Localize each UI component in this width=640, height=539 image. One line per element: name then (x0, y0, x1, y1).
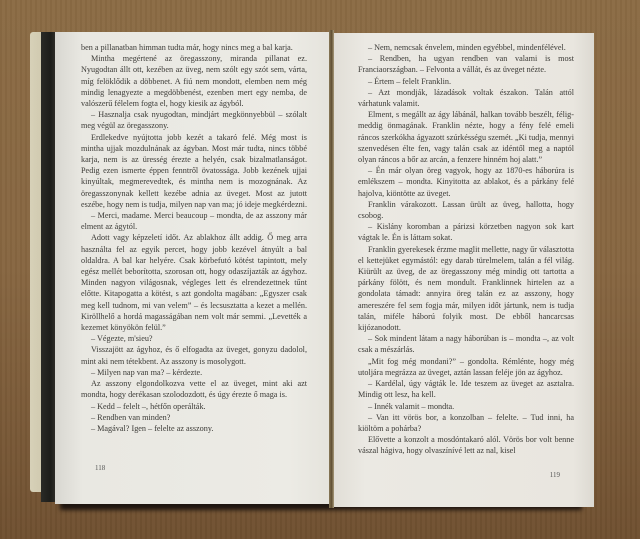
paragraph: – Értem – felelt Franklin. (358, 76, 574, 87)
paragraph: ben a pillanatban himman tudta már, hogy… (81, 42, 307, 53)
paragraph: – Hasznalja csak nyugodtan, mindjárt meg… (81, 109, 307, 131)
paragraph: Visszajött az ágyhoz, és ő elfogadta az … (81, 344, 307, 366)
paragraph: Franklin várakozott. Lassan ürült az üve… (358, 199, 574, 221)
paragraph: – Van itt vörös bor, a konzolban – felel… (358, 412, 574, 434)
left-page-number: 118 (95, 463, 105, 474)
paragraph: – Magával? Igen – felelte az asszony. (81, 423, 307, 434)
left-page-text: ben a pillanatban himman tudta már, hogy… (81, 42, 307, 434)
paragraph: Elővette a konzolt a mosdóntakaró alól. … (358, 434, 574, 456)
paragraph: – Kedd – felelt –, hétfőn operálták. (81, 401, 307, 412)
paragraph: Erdlekedve nyújtotta jobb kezét a takaró… (81, 132, 307, 210)
paragraph: – Én már olyan öreg vagyok, hogy az 1870… (358, 165, 574, 199)
paragraph: – Sok mindent látam a nagy háborúban is … (358, 333, 574, 355)
paragraph: – Merci, madame. Merci beaucoup – mondta… (81, 210, 307, 232)
paragraph: Elment, s megállt az ágy lábánál, halkan… (358, 109, 574, 165)
paragraph: Franklin gyerekesek érzme maglit mellett… (358, 244, 574, 334)
paragraph: – Innék valamit – mondta. (358, 401, 574, 412)
left-page: ben a pillanatban himman tudta már, hogy… (55, 32, 331, 504)
paragraph: Adott vagy képzeletí időt. Az ablakhoz á… (81, 232, 307, 333)
paragraph: „Mit fog még mondani?” – gondolta. Rémlé… (358, 356, 574, 378)
paragraph: – Rendben, ha ugyan rendben van valami i… (358, 53, 574, 75)
right-page-number: 119 (550, 470, 560, 481)
paragraph: – Azt mondják, lázadások voltak északon.… (358, 87, 574, 109)
paragraph: – Rendben van minden? (81, 412, 307, 423)
paragraph: Az asszony elgondolkozva vette el az üve… (81, 378, 307, 400)
paragraph: – Kardélal, úgy vágták le. Ide teszem az… (358, 378, 574, 400)
paragraph: – Nem, nemcsak énvelem, minden egyébbel,… (358, 42, 574, 53)
paragraph: – Végezte, m'sieu? (81, 333, 307, 344)
right-page: – Nem, nemcsak énvelem, minden egyébbel,… (334, 33, 594, 507)
paragraph: Mintha megértené az öregasszony, miranda… (81, 53, 307, 109)
right-page-text: – Nem, nemcsak énvelem, minden egyébbel,… (358, 42, 574, 457)
paragraph: – Kislány koromban a párizsi körzetben n… (358, 221, 574, 243)
paragraph: – Milyen nap van ma? – kérdezte. (81, 367, 307, 378)
